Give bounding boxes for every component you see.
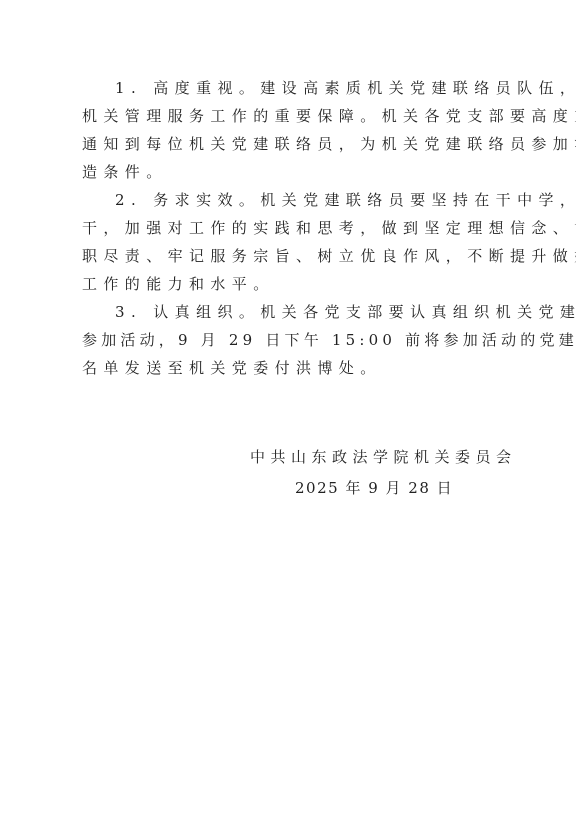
paragraph-2-line-4: 工作的能力和水平。	[82, 270, 494, 298]
signature-date: 2025 年 9 月 28 日	[295, 474, 453, 502]
paragraph-3-line-1: 3. 认真组织。机关各党支部要认真组织机关党建联络员	[115, 298, 494, 326]
paragraph-2-line-1: 2. 务求实效。机关党建联络员要坚持在干中学，在学中	[115, 186, 494, 214]
signature-organization: 中共山东政法学院机关委员会	[250, 443, 517, 471]
paragraph-2-line-2: 干，加强对工作的实践和思考，做到坚定理想信念、认真履	[82, 214, 494, 242]
paragraph-3-line-3: 名单发送至机关党委付洪博处。	[82, 354, 494, 382]
paragraph-1-line-4: 造条件。	[82, 158, 494, 186]
paragraph-2-line-3: 职尽责、牢记服务宗旨、树立优良作风，不断提升做好机关	[82, 242, 494, 270]
paragraph-1-line-2: 机关管理服务工作的重要保障。机关各党支部要高度重视，	[82, 102, 494, 130]
paragraph-1-line-1: 1. 高度重视。建设高素质机关党建联络员队伍，是做好	[115, 74, 494, 102]
paragraph-3-line-2: 参加活动，9 月 29 日下午 15:00 前将参加活动的党建联络员	[82, 326, 494, 354]
paragraph-1-line-3: 通知到每位机关党建联络员，为机关党建联络员参加活动创	[82, 130, 494, 158]
document-page: 1. 高度重视。建设高素质机关党建联络员队伍，是做好 机关管理服务工作的重要保障…	[0, 0, 576, 824]
